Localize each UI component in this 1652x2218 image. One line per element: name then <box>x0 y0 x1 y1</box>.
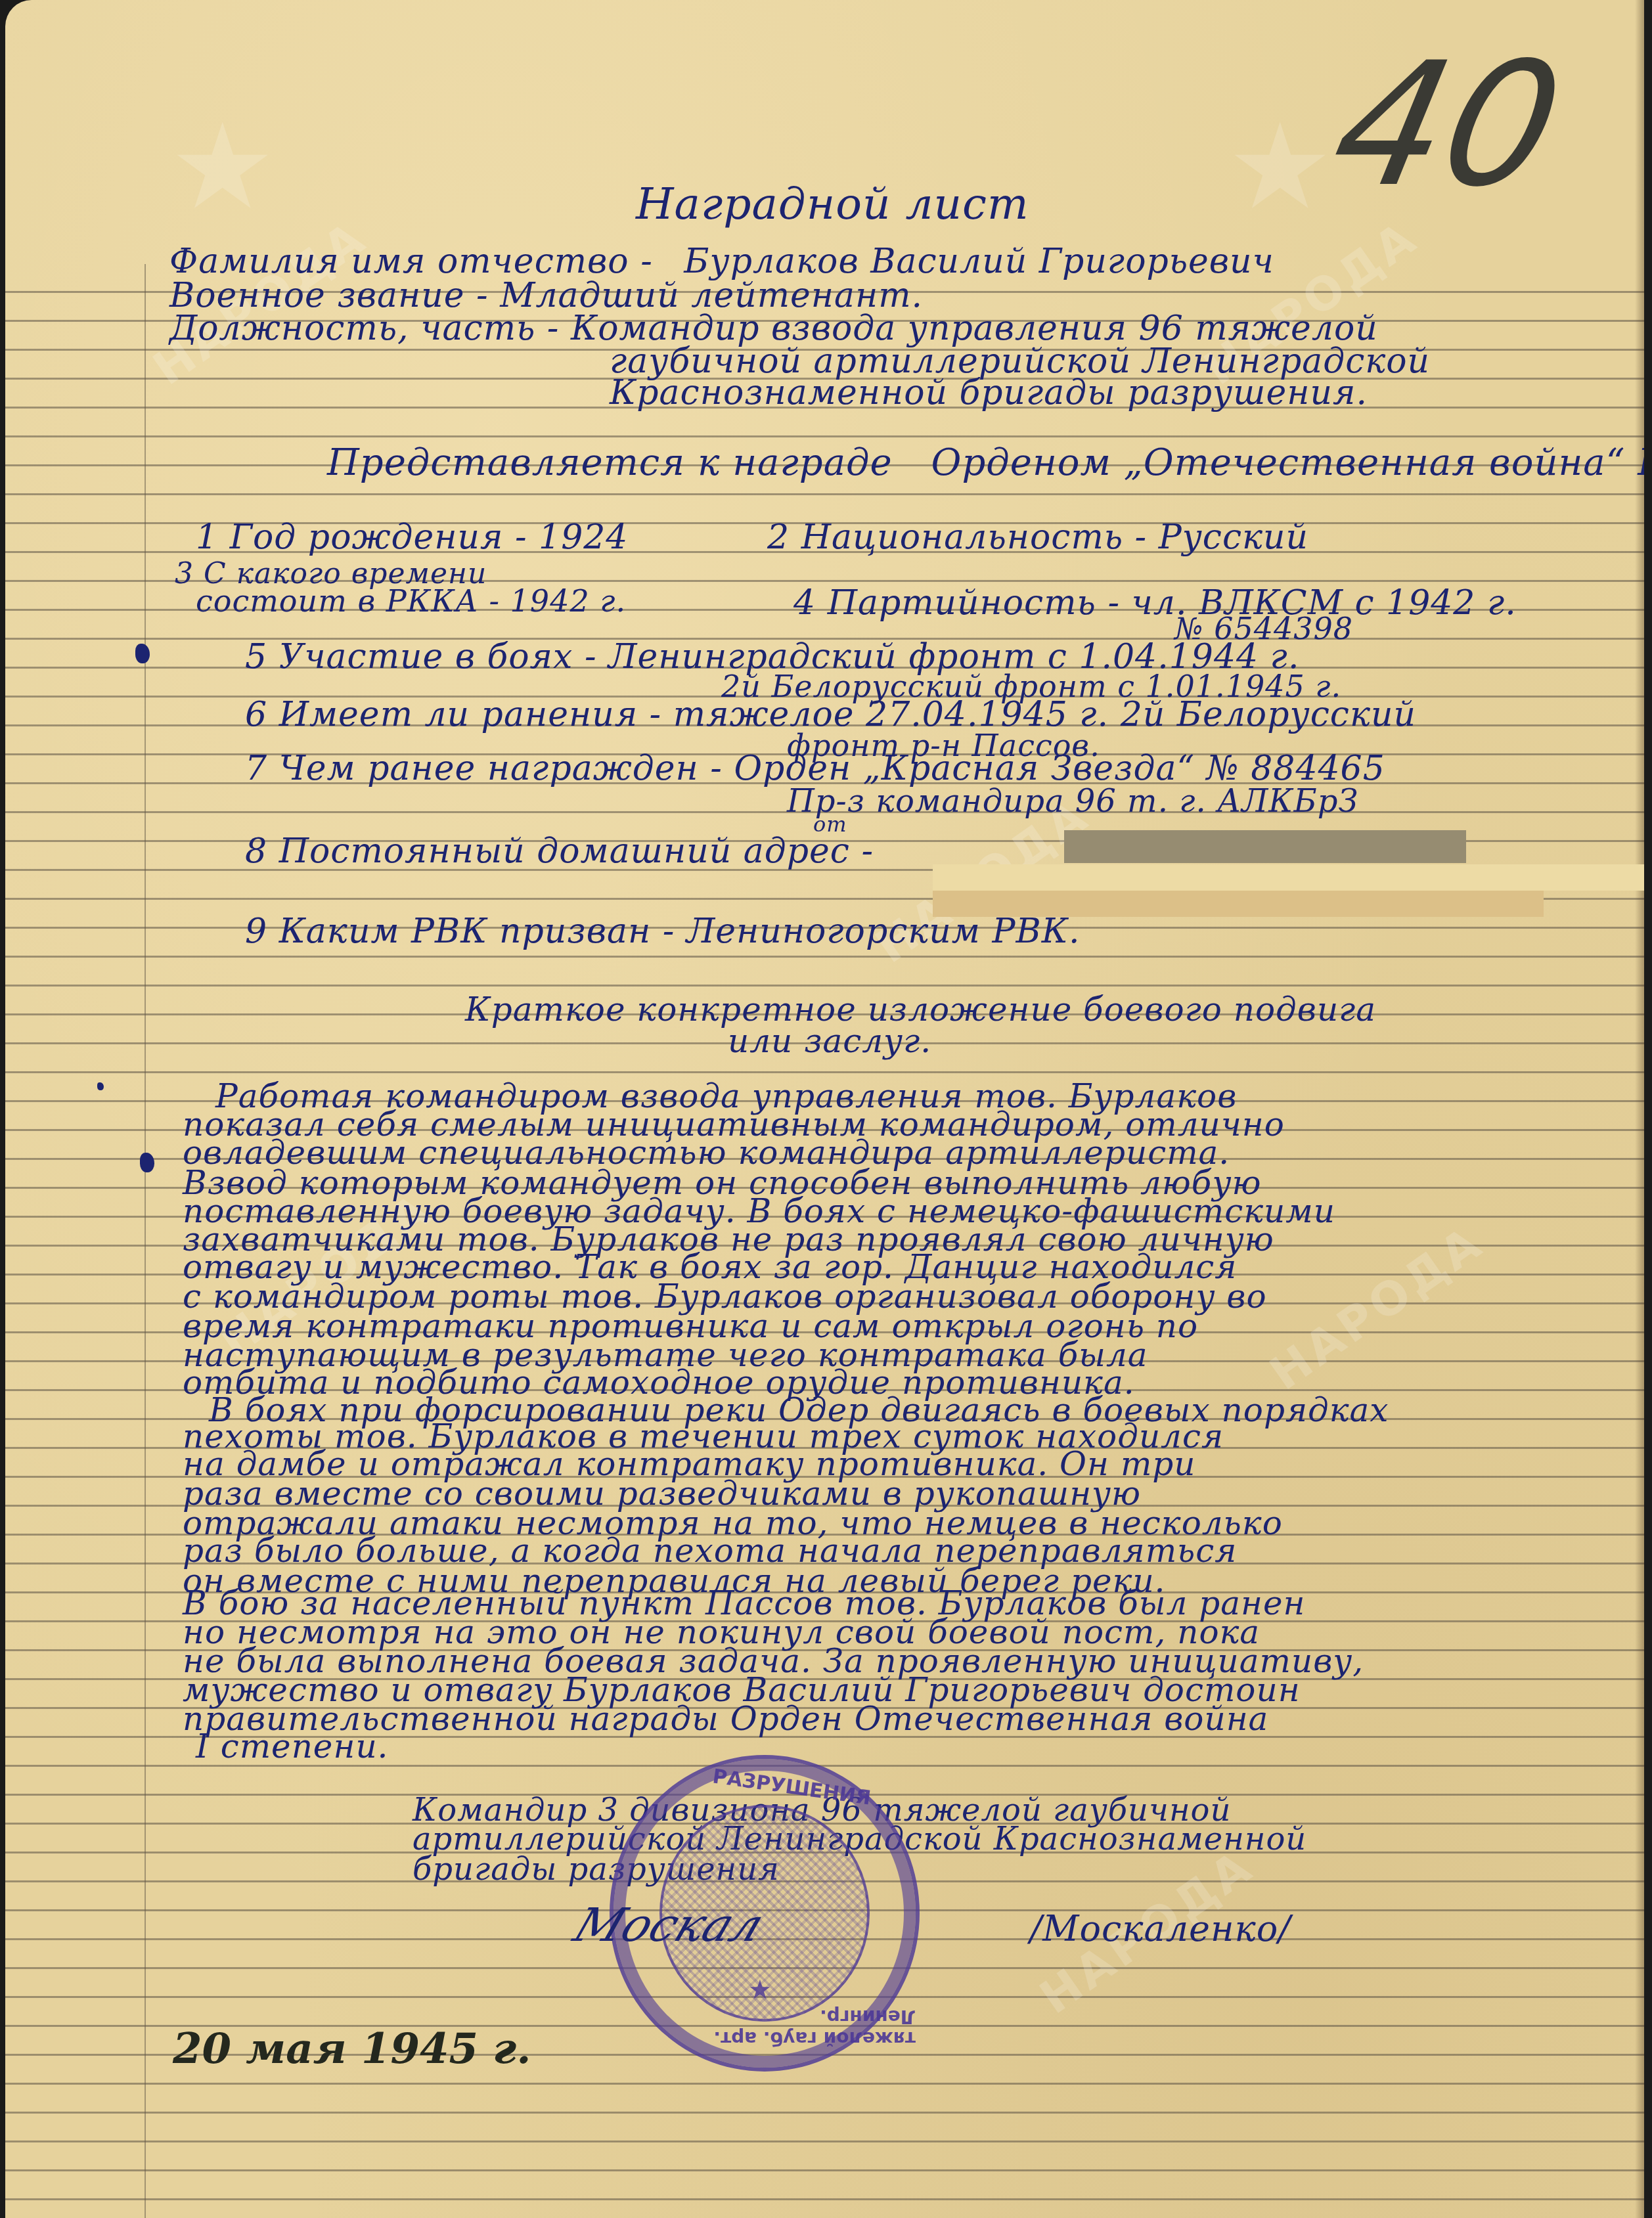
field-label: Партийность <box>828 583 1096 623</box>
field-prior-awards-line2: Пр-з командира 96 т. г. АЛКБрЗ <box>787 783 1358 820</box>
full-name-label: Фамилия имя отчество <box>169 242 629 281</box>
field-number: 1 <box>196 518 218 557</box>
field-label: Участие в боях <box>279 637 573 676</box>
field-number: 9 <box>245 912 267 951</box>
field-prior-awards: 7 Чем ранее награжден - Орден „Красная З… <box>245 749 1385 788</box>
field-value: Русский <box>1159 518 1308 557</box>
redaction-box <box>933 864 1644 891</box>
margin-rule <box>145 264 146 2218</box>
commander-name: /Москаленко/ <box>1030 1908 1291 1949</box>
field-value: 1942 г. <box>510 583 627 619</box>
field-number: 6 <box>245 695 267 734</box>
field-nationality: 2 Национальность - Русский <box>767 518 1308 557</box>
document-date: 20 мая 1945 г. <box>173 2024 531 2074</box>
watermark-star-icon: ★ <box>169 99 275 236</box>
field-number: 3 <box>175 557 194 590</box>
field-label: состоит в РККА <box>196 583 479 619</box>
field-draft-office: 9 Каким РВК призван - Лениногорским РВК. <box>245 912 1080 951</box>
page-edge-shadow <box>1635 0 1644 2218</box>
field-number: 2 <box>767 518 790 557</box>
field-value: Орден „Красная Звезда“ № 884465 <box>734 749 1385 788</box>
field-value: Лениногорским РВК. <box>686 912 1081 951</box>
field-label: Имеет ли ранения <box>279 695 638 734</box>
full-name-row: Фамилия имя отчество - Бурлаков Василий … <box>169 242 1274 281</box>
document-title: Наградной лист <box>636 179 1029 229</box>
field-label: Год рождения <box>230 518 504 557</box>
award-sheet-page: ★ НАРОДА ★ НАРОДА НАРОДА НАРОДА НАРОДА Н… <box>5 0 1644 2218</box>
field-home-address: 8 Постоянный домашний адрес - <box>245 832 874 871</box>
position-label: Должность, часть <box>169 309 535 348</box>
commander-signature: Москал <box>567 1898 771 1952</box>
field-service-since: состоит в РККА - 1942 г. <box>196 583 626 619</box>
watermark-star-icon: ★ <box>1227 99 1333 236</box>
field-label: Каким РВК призван <box>279 912 652 951</box>
seal-star-icon: ★ <box>748 1975 772 2005</box>
field-number: 8 <box>245 832 267 871</box>
narrative-line: I степени. <box>196 1727 388 1765</box>
field-label: Чем ранее награжден <box>279 749 699 788</box>
full-name-value: Бурлаков Василий Григорьевич <box>684 242 1274 281</box>
field-label: Национальность <box>801 518 1123 557</box>
field-label: Постоянный домашний адрес <box>279 832 850 871</box>
nomination-award: Орденом „Отечественная война“ I степ. <box>931 441 1644 484</box>
position-value-line3: Краснознаменной бригады разрушения. <box>610 373 1368 412</box>
ink-blot <box>140 1153 154 1172</box>
field-number: 5 <box>245 637 267 676</box>
ink-blot <box>135 644 150 663</box>
archive-page-number: 40 <box>1318 26 1577 225</box>
nomination-label: Представляется к награде <box>327 441 893 484</box>
field-number: 7 <box>245 749 267 788</box>
nomination-row: Представляется к награде Орденом „Отечес… <box>327 441 1644 484</box>
field-value: 1924 <box>539 518 628 557</box>
field-birth-year: 1 Год рождения - 1924 <box>196 518 628 557</box>
ink-dot <box>97 1082 104 1090</box>
field-number: 4 <box>793 583 816 623</box>
field-party: 4 Партийность - чл. ВЛКСМ с 1942 г. <box>793 583 1517 623</box>
narrative-heading-line2: или заслуг. <box>728 1022 931 1060</box>
redaction-box <box>1064 830 1466 863</box>
seal-bottom-text: тяжелой гауб. арт. Ленингр. <box>676 2006 916 2049</box>
